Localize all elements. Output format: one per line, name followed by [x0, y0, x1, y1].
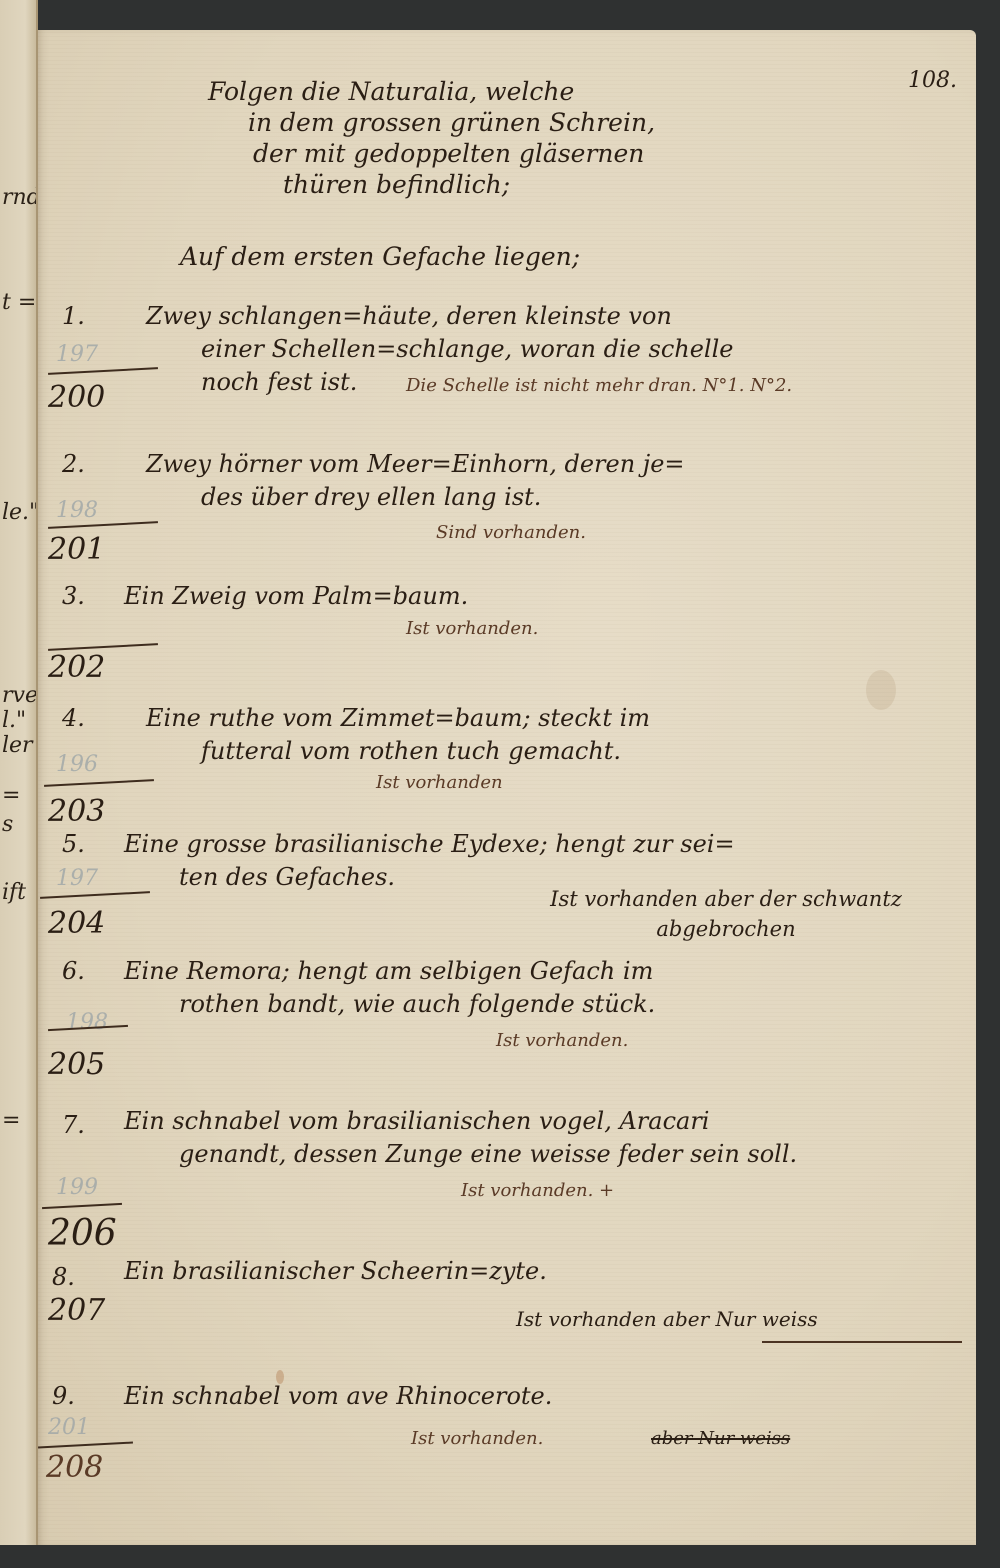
inventory-number: 200 [48, 380, 105, 415]
prev-page-fragment: = [2, 1108, 20, 1133]
entry-line: einer Schellen=schlange, woran die schel… [146, 333, 966, 366]
inventory-rule [42, 1203, 122, 1209]
old-inventory-number: 197 [56, 342, 98, 367]
inventory-number: 204 [48, 906, 105, 941]
inventory-rule [40, 891, 150, 899]
old-inventory-number: 198 [56, 498, 98, 523]
entry-number: 9. [52, 1382, 75, 1410]
entry-line: Ein schnabel vom ave Rhinocerote. [124, 1382, 552, 1410]
annotation-note: Ist vorhanden. [411, 1428, 543, 1449]
annotation-note: Die Schelle ist nicht mehr dran. N°1. N°… [406, 375, 792, 396]
page-gutter [36, 0, 38, 1545]
entry-text: Zwey hörner vom Meer=Einhorn, deren je= … [146, 448, 966, 514]
entry-number: 6. [62, 957, 85, 985]
annotation-note: Ist vorhanden aber der schwantz abgebroc… [511, 884, 941, 944]
annotation-note: Sind vorhanden. [436, 522, 586, 543]
entry-line: Ein brasilianischer Scheerin=zyte. [124, 1257, 547, 1285]
inventory-rule [38, 1442, 133, 1449]
old-inventory-number: 198 [66, 1010, 108, 1035]
entry-text: Eine Remora; hengt am selbigen Gefach im… [124, 955, 944, 1021]
annotation-note: Ist vorhanden aber Nur weiss [516, 1307, 818, 1331]
prev-page-fragment: l." [2, 708, 26, 733]
inventory-number: 201 [48, 532, 105, 567]
entry-text: Eine ruthe vom Zimmet=baum; steckt im fu… [146, 702, 966, 768]
entry-text: Ein schnabel vom brasilianischen vogel, … [124, 1105, 944, 1171]
entry-line: Zwey hörner vom Meer=Einhorn, deren je= [146, 450, 685, 478]
entry-number: 8. [52, 1263, 75, 1291]
entry-line: Eine grosse brasilianische Eydexe; hengt… [124, 830, 735, 858]
annotation-note: Ist vorhanden. [406, 618, 538, 639]
annotation-underline [762, 1341, 962, 1343]
section-subheading: Auf dem ersten Gefache liegen; [180, 242, 580, 271]
prev-page-fragment: rnd, [2, 185, 36, 210]
old-inventory-number: 197 [56, 866, 98, 891]
entry-text: Ein Zweig vom Palm=baum. [124, 580, 944, 613]
inventory-number: 203 [48, 794, 105, 829]
previous-page-edge: rnd, t = le." rve l." ler = s ift = [0, 0, 36, 1545]
heading-line: der mit gedoppelten gläsernen [208, 138, 788, 169]
prev-page-fragment: rve [2, 683, 36, 708]
prev-page-fragment: ler [2, 733, 33, 758]
inventory-number: 207 [48, 1293, 105, 1328]
prev-page-fragment: s [2, 812, 13, 837]
entry-number: 4. [62, 704, 85, 732]
annotation-note: Ist vorhanden [376, 772, 503, 793]
old-inventory-number: 199 [56, 1175, 98, 1200]
inventory-number: 205 [48, 1047, 105, 1082]
manuscript-page: 108. Folgen die Naturalia, welche in dem… [36, 30, 976, 1545]
inventory-rule [48, 367, 158, 375]
heading-line: thüren befindlich; [208, 169, 788, 200]
page-number: 108. [908, 68, 957, 93]
entry-line: Ein schnabel vom brasilianischen vogel, … [124, 1107, 709, 1135]
inventory-number: 206 [48, 1213, 117, 1254]
old-inventory-number: 201 [48, 1415, 90, 1440]
entry-line: des über drey ellen lang ist. [146, 481, 966, 514]
entry-text: Ein brasilianischer Scheerin=zyte. [124, 1255, 944, 1288]
entry-line: genandt, dessen Zunge eine weisse feder … [124, 1138, 944, 1171]
page-heading: Folgen die Naturalia, welche in dem gros… [208, 76, 788, 200]
entry-number: 7. [62, 1111, 85, 1139]
entry-line: Ein Zweig vom Palm=baum. [124, 582, 468, 610]
entry-number: 2. [62, 450, 85, 478]
heading-line: Folgen die Naturalia, welche [208, 76, 788, 107]
entry-line: Eine Remora; hengt am selbigen Gefach im [124, 957, 653, 985]
inventory-number: 208 [46, 1450, 103, 1485]
entry-number: 1. [62, 302, 85, 330]
prev-page-fragment: = [2, 783, 20, 808]
heading-line: in dem grossen grünen Schrein, [208, 107, 788, 138]
entry-line: futteral vom rothen tuch gemacht. [146, 735, 966, 768]
entry-line: rothen bandt, wie auch folgende stück. [124, 988, 944, 1021]
annotation-note: Ist vorhanden. + [461, 1180, 614, 1201]
prev-page-fragment: le." [2, 500, 36, 525]
prev-page-fragment: ift [2, 880, 26, 905]
entry-line: Eine ruthe vom Zimmet=baum; steckt im [146, 704, 650, 732]
entry-number: 3. [62, 582, 85, 610]
annotation-note: Ist vorhanden. [496, 1030, 628, 1051]
prev-page-fragment: t = [2, 290, 36, 315]
entry-line: Zwey schlangen=häute, deren kleinste von [146, 302, 672, 330]
inventory-number: 202 [48, 650, 105, 685]
entry-number: 5. [62, 830, 85, 858]
entry-text: Ein schnabel vom ave Rhinocerote. [124, 1380, 944, 1413]
struck-annotation: aber Nur weiss [651, 1428, 790, 1449]
old-inventory-number: 196 [56, 752, 98, 777]
inventory-rule [44, 779, 154, 787]
